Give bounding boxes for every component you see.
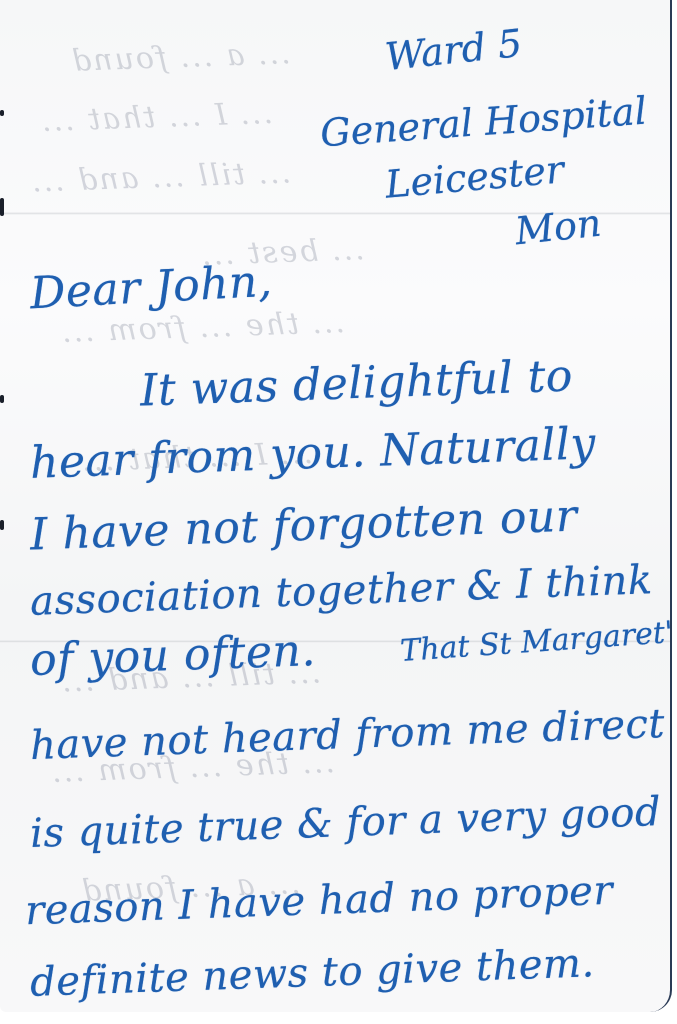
- body-line: have not heard from me direct: [29, 701, 665, 769]
- show-through-text: ... I ... that ...: [39, 96, 273, 139]
- show-through-text: ... till ... and ...: [29, 155, 291, 199]
- address-city: Leicester: [383, 147, 565, 206]
- show-through-text: ... a ... found: [69, 36, 291, 79]
- edge-mark: [0, 198, 4, 216]
- body-line: is quite true & for a very good: [29, 789, 661, 857]
- address-day: Mon: [513, 201, 603, 254]
- edge-mark: [0, 110, 4, 116]
- letter-page: ... a ... found ... I ... that ... ... t…: [0, 0, 672, 1012]
- address-hospital: General Hospital: [319, 89, 648, 156]
- body-line: hear from you. Naturally: [29, 418, 596, 489]
- address-ward: Ward 5: [383, 21, 524, 79]
- body-line-inline: That St Margaret's: [399, 614, 672, 669]
- body-line: I have not forgotten our: [29, 490, 578, 560]
- body-line: association together & I think: [29, 557, 653, 625]
- edge-mark: [0, 395, 4, 403]
- edge-mark: [0, 520, 4, 530]
- body-line: definite news to give them.: [29, 940, 595, 1006]
- body-line: It was delightful to: [139, 350, 573, 416]
- body-line: of you often.: [29, 625, 316, 686]
